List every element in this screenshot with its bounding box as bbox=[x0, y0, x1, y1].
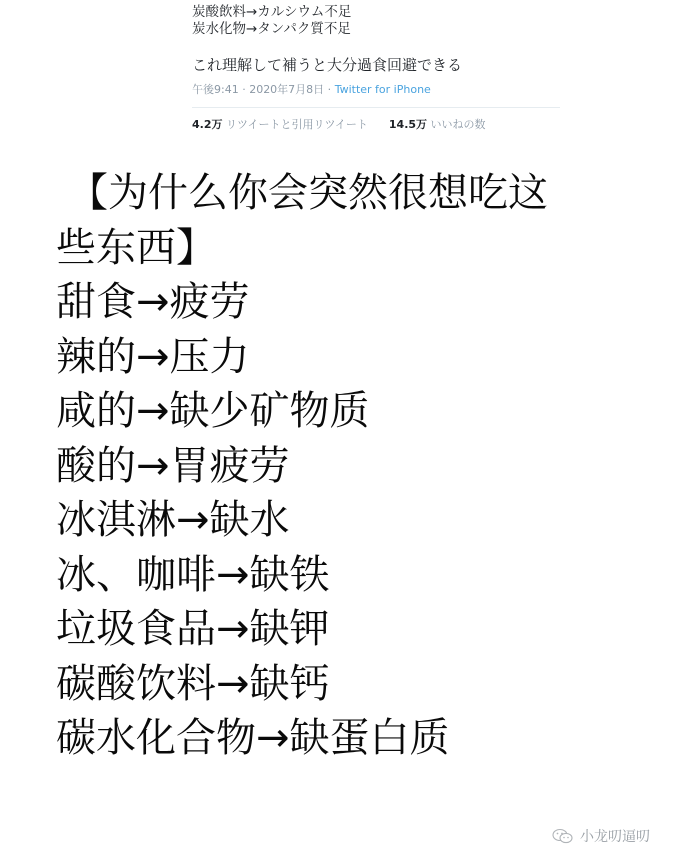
list-item: 碳水化合物→缺蛋白质 bbox=[56, 711, 676, 766]
list-item: 垃圾食品→缺钾 bbox=[56, 602, 676, 657]
list-item: 咸的→缺少矿物质 bbox=[56, 384, 676, 439]
list-item: 甜食→疲劳 bbox=[56, 275, 676, 330]
list-item: 酸的→胃疲劳 bbox=[56, 439, 676, 494]
tweet-timestamp: 午後9:41 · 2020年7月8日 · bbox=[192, 83, 335, 96]
wechat-icon bbox=[552, 828, 574, 844]
tweet-text-line: 炭水化物→タンパク質不足 bbox=[192, 21, 560, 38]
watermark: 小龙叨逼叨 bbox=[552, 826, 650, 846]
list-item: 冰、咖啡→缺铁 bbox=[56, 548, 676, 603]
tweet-text-line: 炭酸飲料→カルシウム不足 bbox=[192, 4, 560, 21]
list-item: 冰淇淋→缺水 bbox=[56, 493, 676, 548]
tweet-summary: これ理解して補うと大分過食回避できる bbox=[192, 55, 560, 75]
likes-label[interactable]: いいねの数 bbox=[431, 118, 486, 131]
retweets-label[interactable]: リツイートと引用リツイート bbox=[226, 118, 368, 131]
watermark-text: 小龙叨逼叨 bbox=[580, 826, 650, 846]
tweet-stats: 4.2万 リツイートと引用リツイート 14.5万 いいねの数 bbox=[192, 118, 560, 132]
tweet-screenshot: 炭酸飲料→カルシウム不足 炭水化物→タンパク質不足 これ理解して補うと大分過食回… bbox=[192, 4, 560, 132]
tweet-meta: 午後9:41 · 2020年7月8日 · Twitter for iPhone bbox=[192, 83, 560, 97]
tweet-source-link[interactable]: Twitter for iPhone bbox=[335, 83, 431, 96]
likes-count: 14.5万 bbox=[389, 118, 427, 131]
article-body: 【为什么你会突然很想吃这 些东西】 甜食→疲劳 辣的→压力 咸的→缺少矿物质 酸… bbox=[56, 166, 676, 766]
article-title-line-2: 些东西】 bbox=[56, 221, 676, 276]
divider bbox=[192, 107, 560, 108]
list-item: 碳酸饮料→缺钙 bbox=[56, 657, 676, 712]
retweets-count: 4.2万 bbox=[192, 118, 223, 131]
article-title-line-1: 【为什么你会突然很想吃这 bbox=[56, 166, 676, 221]
list-item: 辣的→压力 bbox=[56, 330, 676, 385]
